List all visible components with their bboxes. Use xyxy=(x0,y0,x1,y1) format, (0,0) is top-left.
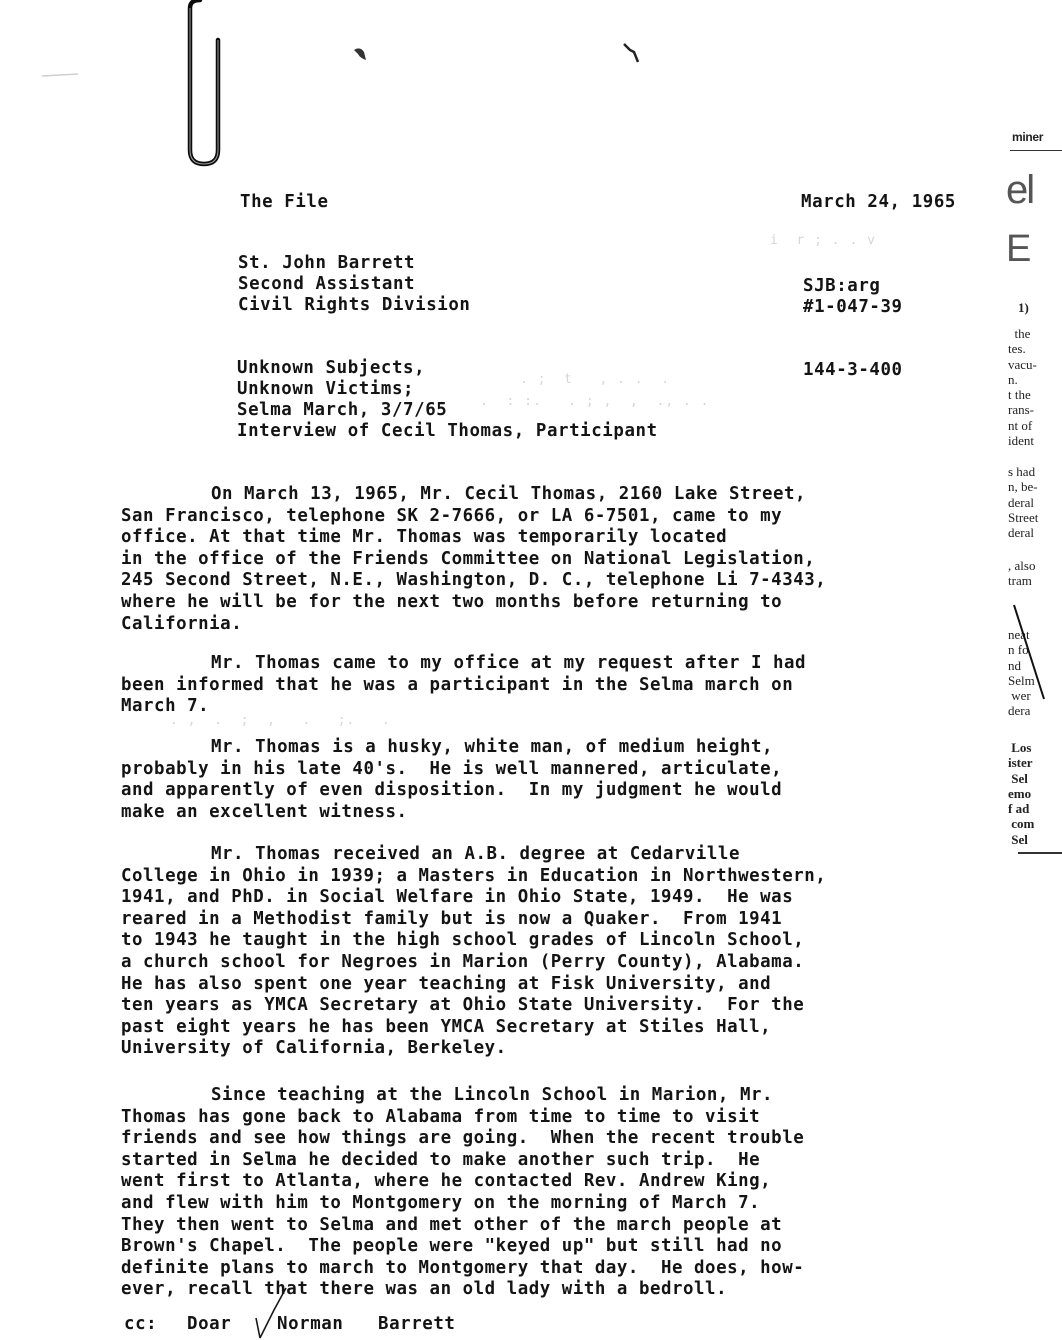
adjacent-bottom-rule xyxy=(1018,852,1062,854)
adjacent-column-text: the tes. vacu- n. t the rans- nt of iden… xyxy=(1008,326,1037,448)
bleed-through-text: i r ; . . v xyxy=(770,233,876,248)
memo-subject-line: Selma March, 3/7/65 xyxy=(237,400,447,422)
cc-label: cc: xyxy=(124,1314,157,1336)
scan-speck xyxy=(352,46,372,66)
paragraph-line: Since teaching at the Lincoln School in … xyxy=(121,1085,804,1107)
adjacent-slash-mark xyxy=(1010,603,1048,703)
paragraph-line: been informed that he was a participant … xyxy=(121,675,806,697)
paragraph-line: a church school for Negroes in Marion (P… xyxy=(121,952,826,974)
body-paragraph-2: Mr. Thomas came to my office at my reque… xyxy=(121,653,806,718)
paragraph-line: and flew with him to Montgomery on the m… xyxy=(121,1193,804,1215)
memo-subject-line: Unknown Subjects, xyxy=(237,358,425,380)
adjacent-rule xyxy=(1010,150,1062,151)
paragraph-line: Brown's Chapel. The people were "keyed u… xyxy=(121,1236,804,1258)
paragraph-line: Thomas has gone back to Alabama from tim… xyxy=(121,1107,804,1129)
bleed-through-text: . : :. . ; , , ., . . xyxy=(480,394,710,409)
cc-recipient: Doar xyxy=(187,1314,231,1336)
adjacent-headline: E xyxy=(1006,228,1029,271)
scan-speck xyxy=(40,70,80,80)
adjacent-masthead: miner xyxy=(1012,130,1043,144)
paperclip-icon xyxy=(178,0,228,168)
adjacent-column-text: s had n, be- deral Street deral xyxy=(1008,464,1038,540)
paragraph-line: past eight years he has been YMCA Secret… xyxy=(121,1017,826,1039)
paragraph-line: definite plans to march to Montgomery th… xyxy=(121,1258,804,1280)
paragraph-line: California. xyxy=(121,614,826,636)
paragraph-line: reared in a Methodist family but is now … xyxy=(121,909,826,931)
memo-subject-line: Unknown Victims; xyxy=(237,379,414,401)
memo-from-division: Civil Rights Division xyxy=(238,295,470,317)
adjacent-number: 1) xyxy=(1018,300,1029,316)
body-paragraph-1: On March 13, 1965, Mr. Cecil Thomas, 216… xyxy=(121,484,826,635)
paragraph-line: College in Ohio in 1939; a Masters in Ed… xyxy=(121,866,826,888)
paragraph-line: probably in his late 40's. He is well ma… xyxy=(121,759,782,781)
paragraph-line: On March 13, 1965, Mr. Cecil Thomas, 216… xyxy=(121,484,826,506)
paragraph-line: to 1943 he taught in the high school gra… xyxy=(121,930,826,952)
paragraph-line: where he will be for the next two months… xyxy=(121,592,826,614)
adjacent-column-text: , also tram xyxy=(1008,558,1035,589)
paragraph-line: San Francisco, telephone SK 2-7666, or L… xyxy=(121,506,826,528)
paragraph-line: University of California, Berkeley. xyxy=(121,1038,826,1060)
memo-from-title: Second Assistant xyxy=(238,274,415,296)
cc-recipient: Barrett xyxy=(378,1314,456,1336)
bleed-through-text: . ; t , . . . xyxy=(520,372,670,387)
paragraph-line: 245 Second Street, N.E., Washington, D. … xyxy=(121,570,826,592)
paragraph-line: March 7. xyxy=(121,696,806,718)
memo-file-number: 144-3-400 xyxy=(803,360,903,382)
paragraph-line: ever, recall that there was an old lady … xyxy=(121,1279,804,1301)
paragraph-line: went first to Atlanta, where he contacte… xyxy=(121,1171,804,1193)
paragraph-line: make an excellent witness. xyxy=(121,802,782,824)
paragraph-line: They then went to Selma and met other of… xyxy=(121,1215,804,1237)
body-paragraph-3: Mr. Thomas is a husky, white man, of med… xyxy=(121,737,782,823)
adjacent-headline: el xyxy=(1006,168,1033,213)
paragraph-line: friends and see how things are going. Wh… xyxy=(121,1128,804,1150)
scan-speck xyxy=(622,42,642,66)
paragraph-line: 1941, and PhD. in Social Welfare in Ohio… xyxy=(121,887,826,909)
paragraph-line: in the office of the Friends Committee o… xyxy=(121,549,826,571)
memo-from-name: St. John Barrett xyxy=(238,253,415,275)
adjacent-column-text: Los ister Sel emo f ad com Sel xyxy=(1008,740,1034,847)
memo-reference-number: #1-047-39 xyxy=(803,297,903,319)
memo-date: March 24, 1965 xyxy=(801,192,956,214)
memo-to: The File xyxy=(240,192,329,214)
paragraph-line: office. At that time Mr. Thomas was temp… xyxy=(121,527,826,549)
paragraph-line: started in Selma he decided to make anot… xyxy=(121,1150,804,1172)
body-paragraph-4: Mr. Thomas received an A.B. degree at Ce… xyxy=(121,844,826,1060)
paragraph-line: ten years as YMCA Secretary at Ohio Stat… xyxy=(121,995,826,1017)
paragraph-line: Mr. Thomas received an A.B. degree at Ce… xyxy=(121,844,826,866)
memo-subject-line: Interview of Cecil Thomas, Participant xyxy=(237,421,658,443)
memo-reference-initials: SJB:arg xyxy=(803,276,881,298)
paragraph-line: He has also spent one year teaching at F… xyxy=(121,974,826,996)
paragraph-line: Mr. Thomas is a husky, white man, of med… xyxy=(121,737,782,759)
paragraph-line: and apparently of even disposition. In m… xyxy=(121,780,782,802)
body-paragraph-5: Since teaching at the Lincoln School in … xyxy=(121,1085,804,1301)
handwritten-checkmark-icon xyxy=(254,1286,294,1340)
paragraph-line: Mr. Thomas came to my office at my reque… xyxy=(121,653,806,675)
